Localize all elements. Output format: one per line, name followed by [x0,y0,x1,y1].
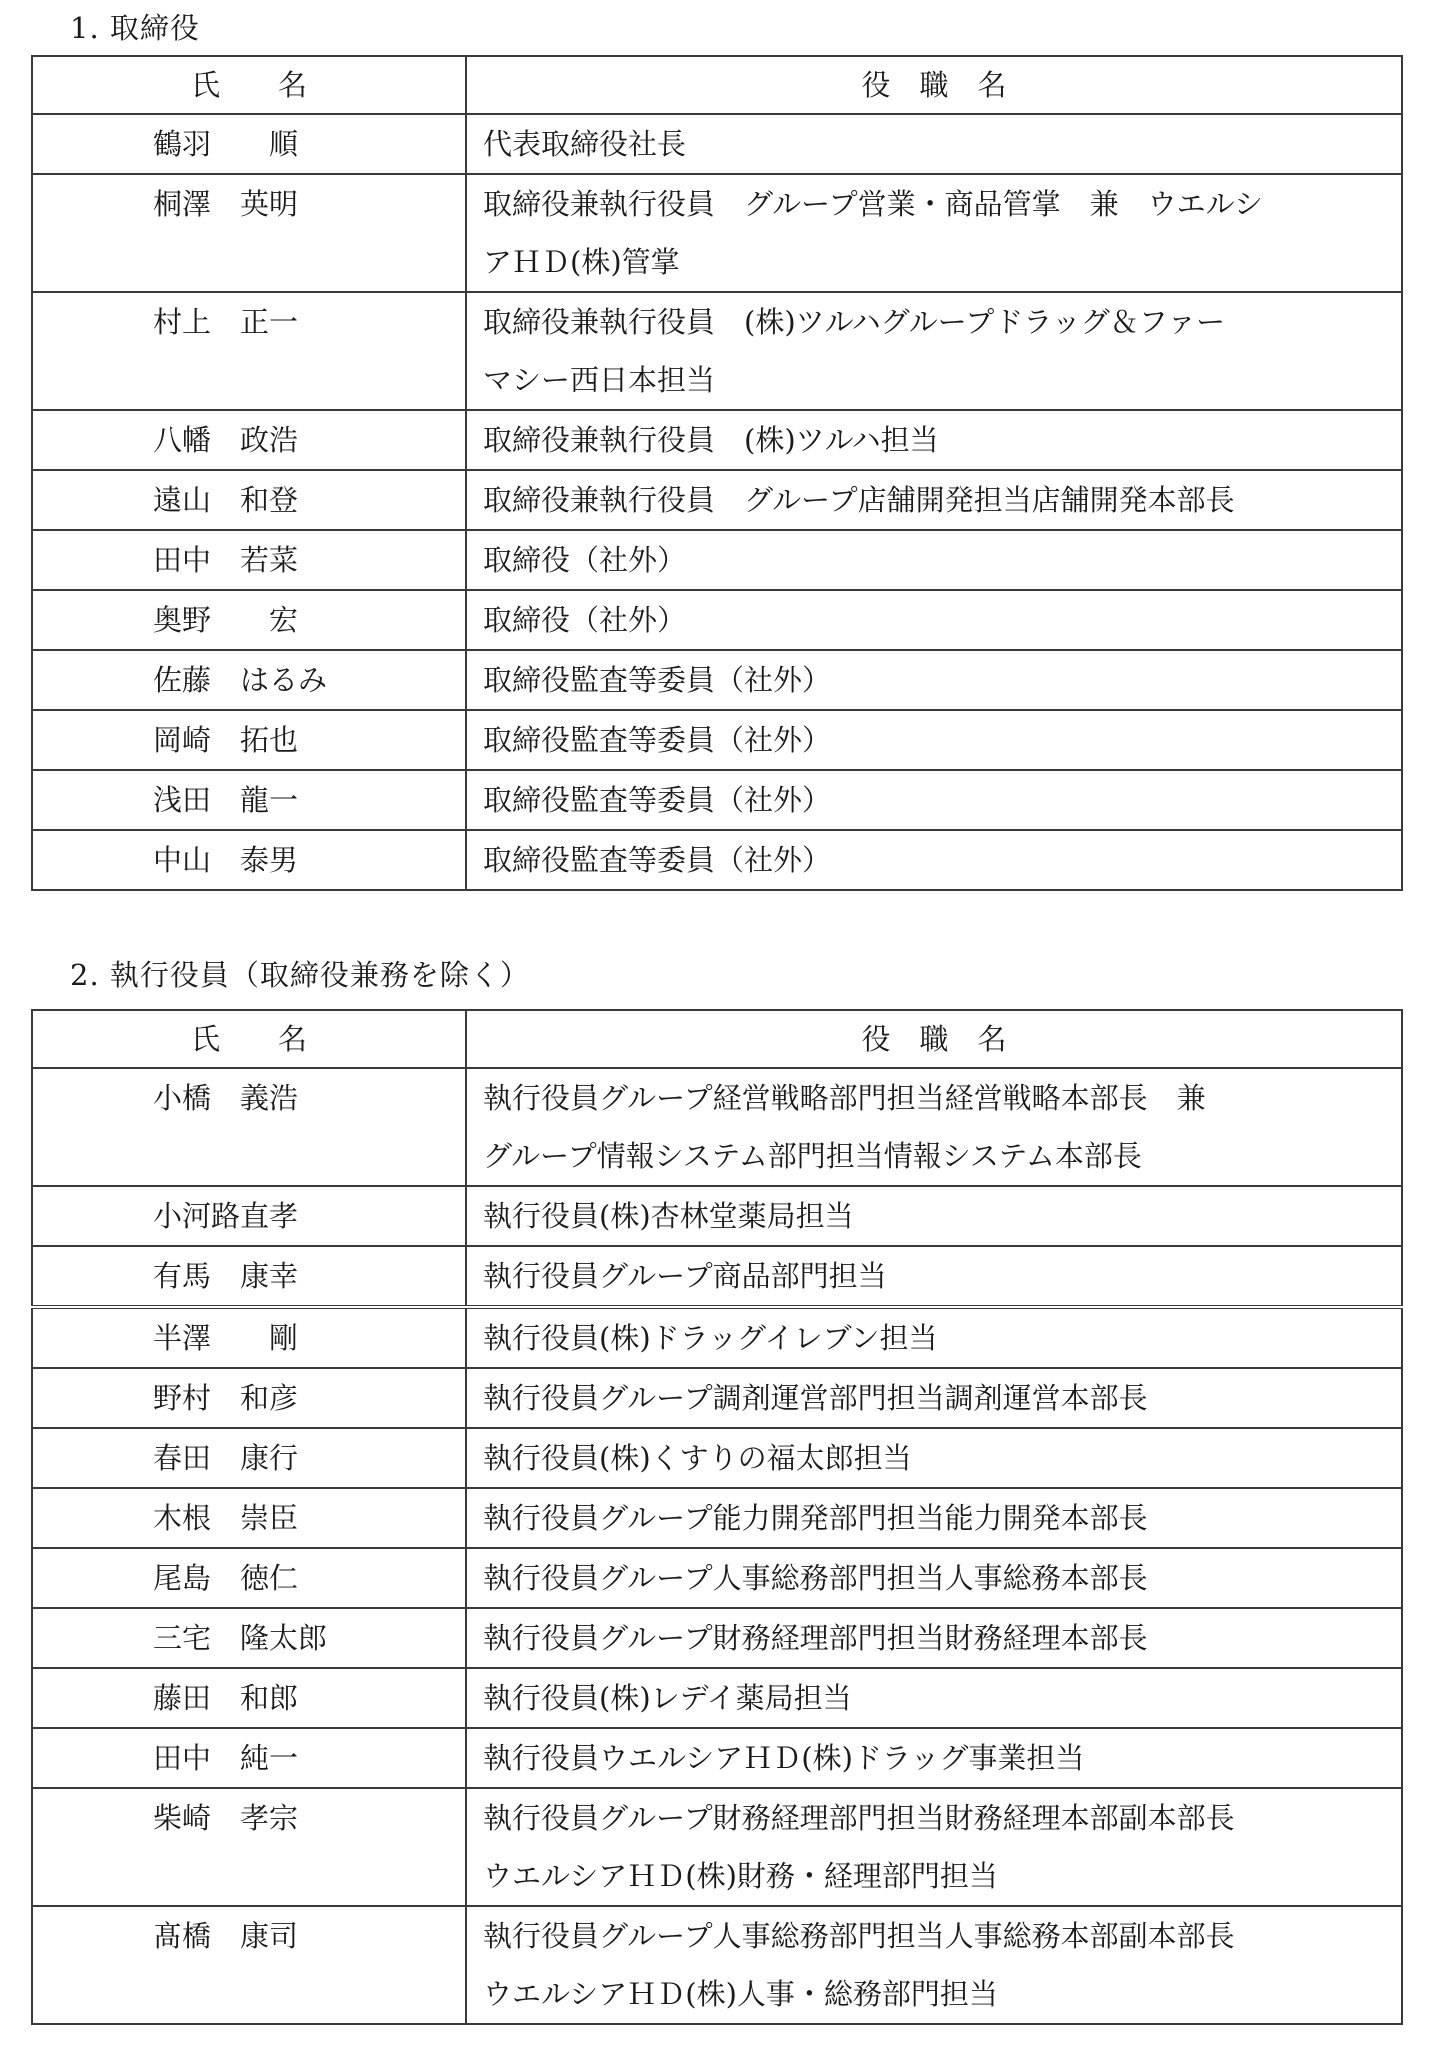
table-row: 藤田 和郎 執行役員(株)レデイ薬局担当 [32,1668,1402,1728]
header-label: 役 職 名 [861,68,1006,102]
officer-name: 中山 泰男 [32,830,466,890]
position-line: 取締役兼執行役員 (株)ツルハ担当 [483,411,1391,469]
position-line: 取締役（社外） [483,591,1391,649]
officer-position: 執行役員(株)杏林堂薬局担当 [466,1186,1402,1246]
officer-name: 岡崎 拓也 [32,710,466,770]
table-row: 八幡 政浩 取締役兼執行役員 (株)ツルハ担当 [32,410,1402,470]
officer-position: 執行役員グループ人事総務部門担当人事総務本部長 [466,1548,1402,1608]
header-label: 氏 名 [191,1022,307,1056]
table-row: 岡崎 拓也 取締役監査等委員（社外） [32,710,1402,770]
officer-position: 執行役員グループ経営戦略部門担当経営戦略本部長 兼グループ情報システム部門担当情… [466,1068,1402,1186]
table-header-row: 氏 名 役 職 名 [32,1010,1402,1068]
officer-position: 取締役兼執行役員 (株)ツルハ担当 [466,410,1402,470]
officer-position: 取締役（社外） [466,530,1402,590]
officer-name: 三宅 隆太郎 [32,1608,466,1668]
officer-position: 代表取締役社長 [466,114,1402,174]
officer-name: 鶴羽 順 [32,114,466,174]
position-line: 取締役監査等委員（社外） [483,831,1391,889]
table-row: 浅田 龍一 取締役監査等委員（社外） [32,770,1402,830]
table-row: 小河路直孝 執行役員(株)杏林堂薬局担当 [32,1186,1402,1246]
officer-name: 八幡 政浩 [32,410,466,470]
officer-name: 浅田 龍一 [32,770,466,830]
officer-name: 尾島 徳仁 [32,1548,466,1608]
officer-position: 執行役員ウエルシアＨＤ(株)ドラッグ事業担当 [466,1728,1402,1788]
officer-name: 半澤 剛 [32,1307,466,1368]
officer-position: 執行役員グループ商品部門担当 [466,1246,1402,1307]
position-line: 執行役員ウエルシアＨＤ(株)ドラッグ事業担当 [483,1729,1391,1787]
position-line: グループ情報システム部門担当情報システム本部長 [483,1127,1391,1185]
position-line: 執行役員グループ人事総務部門担当人事総務本部長 [483,1549,1391,1607]
position-line: ウエルシアＨＤ(株)人事・総務部門担当 [483,1965,1391,2023]
officer-position: 取締役監査等委員（社外） [466,650,1402,710]
table-row: 佐藤 はるみ 取締役監査等委員（社外） [32,650,1402,710]
position-line: 代表取締役社長 [483,115,1391,173]
officer-position: 執行役員グループ人事総務部門担当人事総務本部副本部長ウエルシアＨＤ(株)人事・総… [466,1906,1402,2024]
officer-name: 村上 正一 [32,292,466,410]
officer-position: 執行役員(株)くすりの福太郎担当 [466,1428,1402,1488]
officer-position: 執行役員(株)ドラッグイレブン担当 [466,1307,1402,1368]
table-row: 髙橋 康司 執行役員グループ人事総務部門担当人事総務本部副本部長ウエルシアＨＤ(… [32,1906,1402,2024]
officer-position: 取締役監査等委員（社外） [466,710,1402,770]
position-line: 執行役員グループ能力開発部門担当能力開発本部長 [483,1489,1391,1547]
position-line: 取締役監査等委員（社外） [483,771,1391,829]
table-row: 春田 康行 執行役員(株)くすりの福太郎担当 [32,1428,1402,1488]
table-row: 柴崎 孝宗 執行役員グループ財務経理部門担当財務経理本部副本部長ウエルシアＨＤ(… [32,1788,1402,1906]
header-label: 氏 名 [191,68,307,102]
officer-position: 執行役員グループ調剤運営部門担当調剤運営本部長 [466,1368,1402,1428]
officer-position: 取締役兼執行役員 グループ店舗開発担当店舗開発本部長 [466,470,1402,530]
column-header-position: 役 職 名 [466,56,1402,114]
section-title-directors: 1. 取締役 [70,8,200,48]
position-line: 執行役員グループ人事総務部門担当人事総務本部副本部長 [483,1907,1391,1965]
officer-name: 小橋 義浩 [32,1068,466,1186]
column-header-name: 氏 名 [32,1010,466,1068]
officer-position: 取締役監査等委員（社外） [466,770,1402,830]
table-row: 田中 純一 執行役員ウエルシアＨＤ(株)ドラッグ事業担当 [32,1728,1402,1788]
table-row: 田中 若菜 取締役（社外） [32,530,1402,590]
table-row: 三宅 隆太郎 執行役員グループ財務経理部門担当財務経理本部長 [32,1608,1402,1668]
header-label: 役 職 名 [861,1022,1006,1056]
position-line: マシー西日本担当 [483,351,1391,409]
position-line: 執行役員グループ商品部門担当 [483,1247,1391,1305]
executive-officers-table: 氏 名 役 職 名 小橋 義浩 執行役員グループ経営戦略部門担当経営戦略本部長 … [31,1009,1403,2025]
position-line: ウエルシアＨＤ(株)財務・経理部門担当 [483,1847,1391,1905]
officer-name: 木根 崇臣 [32,1488,466,1548]
officer-name: 遠山 和登 [32,470,466,530]
section-title-executive-officers: 2. 執行役員（取締役兼務を除く） [70,955,530,995]
officer-name: 佐藤 はるみ [32,650,466,710]
position-line: 取締役兼執行役員 (株)ツルハグループドラッグ＆ファー [483,293,1391,351]
position-line: 執行役員グループ調剤運営部門担当調剤運営本部長 [483,1369,1391,1427]
position-line: 執行役員(株)杏林堂薬局担当 [483,1187,1391,1245]
position-line: 執行役員(株)ドラッグイレブン担当 [483,1309,1391,1367]
officer-position: 執行役員グループ能力開発部門担当能力開発本部長 [466,1488,1402,1548]
officer-position: 執行役員グループ財務経理部門担当財務経理本部長 [466,1608,1402,1668]
table-row: 有馬 康幸 執行役員グループ商品部門担当 [32,1246,1402,1307]
officer-name: 有馬 康幸 [32,1246,466,1307]
officer-name: 柴崎 孝宗 [32,1788,466,1906]
column-header-position: 役 職 名 [466,1010,1402,1068]
table-row: 村上 正一 取締役兼執行役員 (株)ツルハグループドラッグ＆ファーマシー西日本担… [32,292,1402,410]
officer-position: 取締役（社外） [466,590,1402,650]
position-line: 執行役員グループ財務経理部門担当財務経理本部副本部長 [483,1789,1391,1847]
position-line: 取締役監査等委員（社外） [483,711,1391,769]
table-row: 小橋 義浩 執行役員グループ経営戦略部門担当経営戦略本部長 兼グループ情報システ… [32,1068,1402,1186]
position-line: アＨＤ(株)管掌 [483,233,1391,291]
officer-position: 取締役兼執行役員 (株)ツルハグループドラッグ＆ファーマシー西日本担当 [466,292,1402,410]
table-row: 鶴羽 順 代表取締役社長 [32,114,1402,174]
table-row: 野村 和彦 執行役員グループ調剤運営部門担当調剤運営本部長 [32,1368,1402,1428]
column-header-name: 氏 名 [32,56,466,114]
table-row: 桐澤 英明 取締役兼執行役員 グループ営業・商品管掌 兼 ウエルシアＨＤ(株)管… [32,174,1402,292]
officer-name: 小河路直孝 [32,1186,466,1246]
position-line: 取締役兼執行役員 グループ店舗開発担当店舗開発本部長 [483,471,1391,529]
officer-name: 野村 和彦 [32,1368,466,1428]
position-line: 取締役監査等委員（社外） [483,651,1391,709]
position-line: 取締役兼執行役員 グループ営業・商品管掌 兼 ウエルシ [483,175,1391,233]
position-line: 執行役員グループ経営戦略部門担当経営戦略本部長 兼 [483,1069,1391,1127]
officer-name: 藤田 和郎 [32,1668,466,1728]
table-row: 遠山 和登 取締役兼執行役員 グループ店舗開発担当店舗開発本部長 [32,470,1402,530]
position-line: 執行役員(株)くすりの福太郎担当 [483,1429,1391,1487]
table-row: 中山 泰男 取締役監査等委員（社外） [32,830,1402,890]
officer-name: 奥野 宏 [32,590,466,650]
officer-position: 執行役員グループ財務経理部門担当財務経理本部副本部長ウエルシアＨＤ(株)財務・経… [466,1788,1402,1906]
directors-table: 氏 名 役 職 名 鶴羽 順 代表取締役社長 桐澤 英明 取締役兼執行役員 グル… [31,55,1403,891]
officer-name: 春田 康行 [32,1428,466,1488]
table-header-row: 氏 名 役 職 名 [32,56,1402,114]
officer-name: 桐澤 英明 [32,174,466,292]
position-line: 執行役員(株)レデイ薬局担当 [483,1669,1391,1727]
position-line: 取締役（社外） [483,531,1391,589]
table-row: 尾島 徳仁 執行役員グループ人事総務部門担当人事総務本部長 [32,1548,1402,1608]
officer-name: 田中 若菜 [32,530,466,590]
officer-name: 髙橋 康司 [32,1906,466,2024]
table-row: 木根 崇臣 執行役員グループ能力開発部門担当能力開発本部長 [32,1488,1402,1548]
position-line: 執行役員グループ財務経理部門担当財務経理本部長 [483,1609,1391,1667]
officer-position: 取締役監査等委員（社外） [466,830,1402,890]
officer-position: 執行役員(株)レデイ薬局担当 [466,1668,1402,1728]
table-row: 半澤 剛 執行役員(株)ドラッグイレブン担当 [32,1307,1402,1368]
table-row: 奥野 宏 取締役（社外） [32,590,1402,650]
officer-name: 田中 純一 [32,1728,466,1788]
officer-position: 取締役兼執行役員 グループ営業・商品管掌 兼 ウエルシアＨＤ(株)管掌 [466,174,1402,292]
